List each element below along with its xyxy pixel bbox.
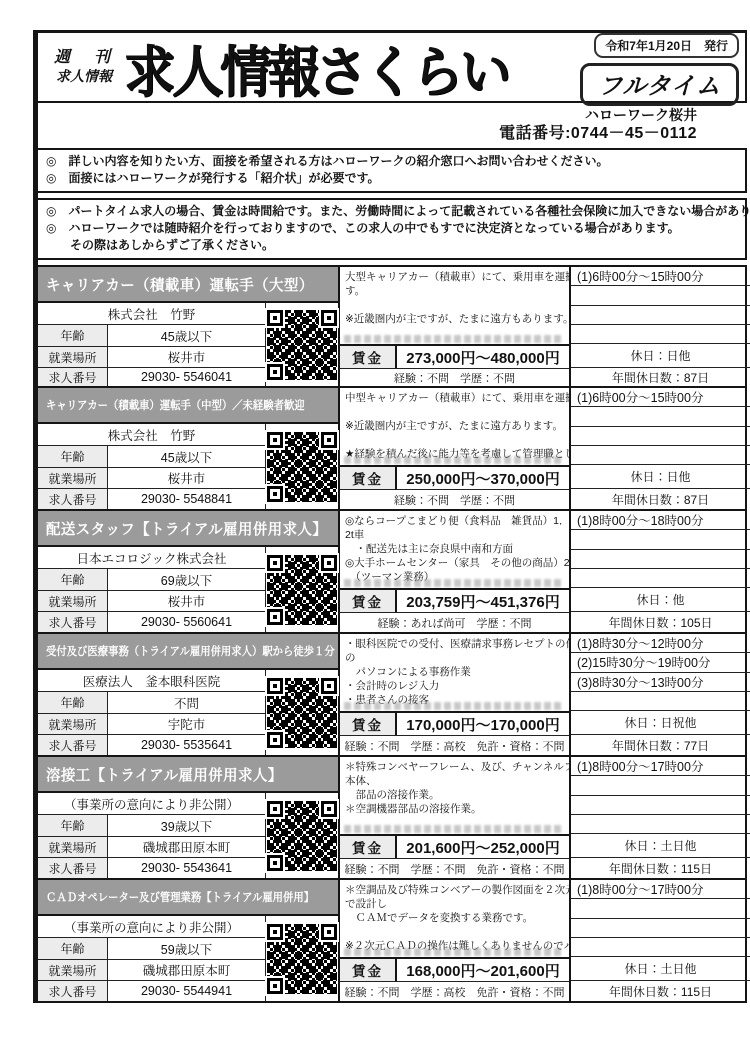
description-line: ＣＡＭでデータを変換する業務です。: [345, 911, 565, 925]
description-line: 中型キャリアカー（積載車）にて、乗用車を運搬する。: [345, 391, 565, 405]
holidays: 休日：日他: [571, 465, 750, 489]
job-summary-table: 配送スタッフ【トライアル雇用併用求人】 日本エコロジック株式会社 年齢 69歳以…: [38, 511, 340, 632]
job-detail-column: ＊空調品及び特殊コンベアーの製作図面を２次元ＣＡＤで設計し ＣＡＭでデータを変換…: [340, 880, 571, 1001]
job-block: 受付及び医療事務（トライアル雇用併用求人）駅から徒歩１分 医療法人 釜本眼科医院…: [38, 634, 747, 757]
wage-label: 賃金: [340, 467, 397, 489]
description-line: ・会計時のレジ入力: [345, 679, 565, 693]
age-value: 39歳以下: [108, 815, 265, 837]
location-label: 就業場所: [38, 714, 108, 735]
holidays: 休日：日他: [571, 344, 750, 368]
schedule-column: (1)8時00分～18時00分休日：他 年間休日数：105日: [571, 511, 750, 632]
qr-finder-icon: [321, 432, 337, 448]
location-value: 桜井市: [108, 347, 265, 368]
annual-holidays: 年間休日数：77日: [571, 735, 750, 755]
description-line: [345, 433, 565, 447]
wage-value: 170,000円～170,000円: [397, 713, 569, 735]
qr-finder-icon: [321, 555, 337, 571]
work-hours-slot: [571, 692, 750, 711]
wage-value: 203,759円～451,376円: [397, 590, 569, 612]
description-line: ※近畿圏内が主ですが、たまに遠方あります。: [345, 419, 565, 433]
job-title: キャリアカー（積載車）運転手（大型）: [46, 274, 314, 295]
qr-finder-icon: [321, 801, 337, 817]
work-hours-slot: (1)6時00分～15時00分: [571, 267, 750, 286]
wage-row: 賃金 201,600円～252,000円: [340, 834, 569, 858]
location-label: 就業場所: [38, 960, 108, 981]
job-title-bar: キャリアカー（積載車）運転手（大型）: [38, 267, 338, 303]
age-label: 年齢: [38, 569, 108, 591]
weekly-logo-line2: 求人情報: [54, 68, 114, 86]
work-hours-slot: [571, 899, 750, 918]
holidays: 休日：土日他: [571, 834, 750, 858]
job-detail-column: 中型キャリアカー（積載車）にて、乗用車を運搬する。※近畿圏内が主ですが、たまに遠…: [340, 388, 571, 509]
job-block: ＣＡＤオペレーター及び管理業務【トライアル雇用併用】 （事業所の意向により非公開…: [38, 880, 747, 1003]
office-name: ハローワーク桜井: [38, 106, 697, 124]
requirements: 経験：不問 学歴：不問: [340, 368, 569, 386]
fulltime-badge: フルタイム: [580, 63, 739, 106]
requirements: 経験：不問 学歴：不問: [340, 489, 569, 509]
office-phone: 電話番号:0744－45－0112: [38, 124, 697, 145]
qr-finder-icon: [321, 924, 337, 940]
job-title: ＣＡＤオペレーター及び管理業務【トライアル雇用併用】: [46, 889, 314, 905]
age-value: 59歳以下: [108, 938, 265, 960]
wage-label: 賃金: [340, 346, 397, 368]
wage-row: 賃金 273,000円～480,000円: [340, 344, 569, 368]
schedule-column: (1)8時30分～12時00分(2)15時30分～19時00分(3)8時30分～…: [571, 634, 750, 755]
job-number-label: 求人番号: [38, 612, 108, 632]
job-description: ◎ならコープこまどり便（食料品 雑貨品）1．5t～2t車 ・配送先は主に奈良県中…: [340, 511, 569, 588]
office-contact: ハローワーク桜井 電話番号:0744－45－0112: [38, 103, 747, 148]
description-line: 大型キャリアカー（積載車）にて、乗用車を運搬しま: [345, 270, 565, 284]
weekly-logo: 週 刊 求人情報: [38, 48, 124, 86]
job-description: 大型キャリアカー（積載車）にて、乗用車を運搬します。※近畿圏内が主ですが、たまに…: [340, 267, 569, 344]
qr-code-icon: [267, 310, 337, 380]
wage-row: 賃金 168,000円～201,600円: [340, 957, 569, 981]
work-hours-slot: (1)8時00分～17時00分: [571, 880, 750, 899]
location-label: 就業場所: [38, 591, 108, 612]
print-bleed-artifact: [344, 456, 561, 464]
work-hours-slot: [571, 325, 750, 344]
notice-line: ◎ 面接にはハローワークが発行する「紹介状」が必要です。: [46, 170, 737, 187]
print-bleed-artifact: [344, 702, 561, 710]
work-hours-slot: [571, 815, 750, 834]
work-hours-slot: [571, 407, 750, 426]
notice-line: ◎ ハローワークでは随時紹介を行っておりますので、この求人の中でもすでに決定済と…: [46, 220, 737, 237]
header-badges: 令和7年1月20日 発行 フルタイム: [580, 33, 745, 106]
holidays: 休日：他: [571, 588, 750, 612]
job-title: 配送スタッフ【トライアル雇用併用求人】: [46, 518, 327, 539]
wage-label: 賃金: [340, 959, 397, 981]
wage-row: 賃金 203,759円～451,376円: [340, 588, 569, 612]
company-name: 株式会社 竹野: [38, 424, 265, 446]
job-summary-table: ＣＡＤオペレーター及び管理業務【トライアル雇用併用】 （事業所の意向により非公開…: [38, 880, 340, 1001]
age-value: 不問: [108, 692, 265, 714]
job-title-bar: 配送スタッフ【トライアル雇用併用求人】: [38, 511, 338, 547]
job-title-bar: キャリアカー（積載車）運転手（中型）／未経験者歓迎: [38, 388, 338, 424]
work-hours-slot: (2)15時30分～19時00分: [571, 653, 750, 672]
qr-finder-icon: [267, 855, 283, 871]
description-line: ＊特殊コンベヤーフレーム、及び、チャンネルフレーム: [345, 760, 565, 774]
issue-date-badge: 令和7年1月20日 発行: [594, 33, 739, 58]
description-line: ＊空調品及び特殊コンベアーの製作図面を２次元ＣＡＤ: [345, 883, 565, 897]
age-label: 年齢: [38, 692, 108, 714]
work-hours-slot: [571, 796, 750, 815]
description-line: ＊空調機器部品の溶接作業。: [345, 802, 565, 816]
qr-code-icon: [267, 555, 337, 625]
job-title-bar: 溶接工【トライアル雇用併用求人】: [38, 757, 338, 793]
age-label: 年齢: [38, 938, 108, 960]
print-bleed-artifact: [344, 335, 561, 343]
description-line: ◎ならコープこまどり便（食料品 雑貨品）1．5t～: [345, 514, 565, 528]
wage-row: 賃金 250,000円～370,000円: [340, 465, 569, 489]
requirements: 経験：不問 学歴：高校 免許・資格：不問: [340, 735, 569, 755]
job-number-label: 求人番号: [38, 735, 108, 755]
company-name: 株式会社 竹野: [38, 303, 265, 325]
work-hours-slot: [571, 938, 750, 957]
job-description: ＊空調品及び特殊コンベアーの製作図面を２次元ＣＡＤで設計し ＣＡＭでデータを変換…: [340, 880, 569, 957]
wage-label: 賃金: [340, 713, 397, 735]
qr-finder-icon: [267, 609, 283, 625]
description-line: [345, 298, 565, 312]
company-name: 医療法人 釜本眼科医院: [38, 670, 265, 692]
qr-finder-icon: [321, 310, 337, 326]
holidays: 休日：日祝他: [571, 711, 750, 735]
schedule-column: (1)6時00分～15時00分休日：日他 年間休日数：87日: [571, 388, 750, 509]
job-block: 溶接工【トライアル雇用併用求人】 （事業所の意向により非公開） 年齢 39歳以下…: [38, 757, 747, 880]
age-label: 年齢: [38, 325, 108, 347]
notice-line: その際はあしからずご了承ください。: [46, 237, 737, 254]
work-hours-slot: (3)8時30分～13時00分: [571, 673, 750, 692]
work-hours-slot: (1)6時00分～15時00分: [571, 388, 750, 407]
requirements: 経験：不問 学歴：不問 免許・資格：不問: [340, 858, 569, 878]
weekly-logo-line1: 週 刊: [54, 48, 114, 68]
company-name: （事業所の意向により非公開）: [38, 916, 265, 938]
location-value: 桜井市: [108, 468, 265, 489]
description-line: の: [345, 651, 565, 665]
qr-finder-icon: [267, 801, 283, 817]
job-title: 溶接工【トライアル雇用併用求人】: [46, 764, 283, 785]
job-detail-column: ◎ならコープこまどり便（食料品 雑貨品）1．5t～2t車 ・配送先は主に奈良県中…: [340, 511, 571, 632]
print-bleed-artifact: [344, 579, 561, 587]
qr-finder-icon: [267, 555, 283, 571]
description-line: ※近畿圏内が主ですが、たまに遠方もあります。: [345, 312, 565, 326]
qr-finder-icon: [267, 486, 283, 502]
job-title: キャリアカー（積載車）運転手（中型）／未経験者歓迎: [46, 397, 305, 413]
requirements: 経験：あれば尚可 学歴：不問: [340, 612, 569, 632]
print-bleed-artifact: [344, 948, 561, 956]
job-title-bar: ＣＡＤオペレーター及び管理業務【トライアル雇用併用】: [38, 880, 338, 916]
description-line: ・眼科医院での受付、医療請求事務レセプトの作成など: [345, 637, 565, 651]
qr-cell: [265, 793, 338, 878]
age-value: 69歳以下: [108, 569, 265, 591]
qr-cell: [265, 916, 338, 1001]
location-label: 就業場所: [38, 347, 108, 368]
job-description: ＊特殊コンベヤーフレーム、及び、チャンネルフレーム本体、 部品の溶接作業。＊空調…: [340, 757, 569, 834]
job-description: 中型キャリアカー（積載車）にて、乗用車を運搬する。※近畿圏内が主ですが、たまに遠…: [340, 388, 569, 465]
job-listings: キャリアカー（積載車）運転手（大型） 株式会社 竹野 年齢 45歳以下 就業場所…: [38, 265, 747, 1003]
job-summary-table: キャリアカー（積載車）運転手（中型）／未経験者歓迎 株式会社 竹野 年齢 45歳…: [38, 388, 340, 509]
annual-holidays: 年間休日数：105日: [571, 612, 750, 632]
location-value: 桜井市: [108, 591, 265, 612]
description-line: [345, 405, 565, 419]
company-name: 日本エコロジック株式会社: [38, 547, 265, 569]
work-hours-slot: [571, 446, 750, 465]
annual-holidays: 年間休日数：87日: [571, 368, 750, 386]
description-line: ・配送先は主に奈良県中南和方面: [345, 542, 565, 556]
qr-code-icon: [267, 924, 337, 994]
description-line: ◎大手ホームセンター（家具 その他の商品）2t車: [345, 556, 565, 570]
work-hours-slot: (1)8時00分～18時00分: [571, 511, 750, 530]
requirements: 経験：不問 学歴：高校 免許・資格：不問: [340, 981, 569, 1001]
qr-finder-icon: [267, 678, 283, 694]
description-line: 2t車: [345, 528, 565, 542]
description-line: 本体、: [345, 774, 565, 788]
work-hours-slot: (1)8時00分～17時00分: [571, 757, 750, 776]
notice-box-2: ◎ パートタイム求人の場合、賃金は時間給です。また、労働時間によって記載されてい…: [38, 198, 747, 260]
job-title: 受付及び医療事務（トライアル雇用併用求人）駅から徒歩１分: [46, 643, 335, 659]
job-detail-column: ＊特殊コンベヤーフレーム、及び、チャンネルフレーム本体、 部品の溶接作業。＊空調…: [340, 757, 571, 878]
location-label: 就業場所: [38, 837, 108, 858]
qr-finder-icon: [267, 364, 283, 380]
wage-value: 250,000円～370,000円: [397, 467, 569, 489]
notice-box-1: ◎ 詳しい内容を知りたい方、面接を希望される方はハローワークの紹介窓口へお問い合…: [38, 148, 747, 193]
qr-code-icon: [267, 678, 337, 748]
job-summary-table: 受付及び医療事務（トライアル雇用併用求人）駅から徒歩１分 医療法人 釜本眼科医院…: [38, 634, 340, 755]
wage-label: 賃金: [340, 590, 397, 612]
work-hours-slot: [571, 286, 750, 305]
work-hours-slot: [571, 306, 750, 325]
qr-finder-icon: [267, 310, 283, 326]
work-hours-slot: [571, 550, 750, 569]
description-line: す。: [345, 284, 565, 298]
job-summary-table: 溶接工【トライアル雇用併用求人】 （事業所の意向により非公開） 年齢 39歳以下…: [38, 757, 340, 878]
age-value: 45歳以下: [108, 325, 265, 347]
description-line: [345, 925, 565, 939]
qr-finder-icon: [321, 678, 337, 694]
location-value: 宇陀市: [108, 714, 265, 735]
job-block: キャリアカー（積載車）運転手（中型）／未経験者歓迎 株式会社 竹野 年齢 45歳…: [38, 388, 747, 511]
work-hours-slot: [571, 569, 750, 588]
qr-cell: [265, 303, 338, 386]
job-block: 配送スタッフ【トライアル雇用併用求人】 日本エコロジック株式会社 年齢 69歳以…: [38, 511, 747, 634]
job-number-value: 29030- 5548841: [108, 489, 265, 509]
work-hours-slot: [571, 427, 750, 446]
age-label: 年齢: [38, 815, 108, 837]
job-number-value: 29030- 5544941: [108, 981, 265, 1001]
wage-value: 201,600円～252,000円: [397, 836, 569, 858]
wage-label: 賃金: [340, 836, 397, 858]
notice-line: ◎ 詳しい内容を知りたい方、面接を希望される方はハローワークの紹介窓口へお問い合…: [46, 153, 737, 170]
job-detail-column: 大型キャリアカー（積載車）にて、乗用車を運搬します。※近畿圏内が主ですが、たまに…: [340, 267, 571, 386]
job-number-label: 求人番号: [38, 368, 108, 386]
location-value: 磯城郡田原本町: [108, 960, 265, 981]
job-number-label: 求人番号: [38, 858, 108, 878]
description-line: で設計し: [345, 897, 565, 911]
job-title-bar: 受付及び医療事務（トライアル雇用併用求人）駅から徒歩１分: [38, 634, 338, 670]
job-number-value: 29030- 5546041: [108, 368, 265, 386]
wage-value: 168,000円～201,600円: [397, 959, 569, 981]
qr-code-icon: [267, 801, 337, 871]
work-hours-slot: [571, 919, 750, 938]
job-number-label: 求人番号: [38, 981, 108, 1001]
job-detail-column: ・眼科医院での受付、医療請求事務レセプトの作成などの パソコンによる事務作業・会…: [340, 634, 571, 755]
work-hours-slot: [571, 530, 750, 549]
schedule-column: (1)8時00分～17時00分休日：土日他 年間休日数：115日: [571, 880, 750, 1001]
job-number-value: 29030- 5543641: [108, 858, 265, 878]
job-description: ・眼科医院での受付、医療請求事務レセプトの作成などの パソコンによる事務作業・会…: [340, 634, 569, 711]
wage-row: 賃金 170,000円～170,000円: [340, 711, 569, 735]
flyer-page: 週 刊 求人情報 求人情報さくらい 令和7年1月20日 発行 フルタイム ハロー…: [33, 30, 747, 1003]
holidays: 休日：土日他: [571, 957, 750, 981]
job-number-label: 求人番号: [38, 489, 108, 509]
annual-holidays: 年間休日数：115日: [571, 981, 750, 1001]
company-name: （事業所の意向により非公開）: [38, 793, 265, 815]
job-block: キャリアカー（積載車）運転手（大型） 株式会社 竹野 年齢 45歳以下 就業場所…: [38, 265, 747, 388]
masthead: 週 刊 求人情報 求人情報さくらい 令和7年1月20日 発行 フルタイム: [38, 30, 747, 103]
description-line: 部品の溶接作業。: [345, 788, 565, 802]
wage-value: 273,000円～480,000円: [397, 346, 569, 368]
qr-finder-icon: [267, 732, 283, 748]
qr-cell: [265, 547, 338, 632]
qr-finder-icon: [267, 432, 283, 448]
schedule-column: (1)6時00分～15時00分休日：日他 年間休日数：87日: [571, 267, 750, 386]
qr-cell: [265, 670, 338, 755]
job-number-value: 29030- 5560641: [108, 612, 265, 632]
age-value: 45歳以下: [108, 446, 265, 468]
job-number-value: 29030- 5535641: [108, 735, 265, 755]
page-title: 求人情報さくらい: [124, 27, 580, 107]
annual-holidays: 年間休日数：87日: [571, 489, 750, 509]
qr-finder-icon: [267, 924, 283, 940]
schedule-column: (1)8時00分～17時00分休日：土日他 年間休日数：115日: [571, 757, 750, 878]
print-bleed-artifact: [344, 825, 561, 833]
annual-holidays: 年間休日数：115日: [571, 858, 750, 878]
age-label: 年齢: [38, 446, 108, 468]
job-summary-table: キャリアカー（積載車）運転手（大型） 株式会社 竹野 年齢 45歳以下 就業場所…: [38, 267, 340, 386]
location-label: 就業場所: [38, 468, 108, 489]
work-hours-slot: (1)8時30分～12時00分: [571, 634, 750, 653]
qr-cell: [265, 424, 338, 509]
notice-line: ◎ パートタイム求人の場合、賃金は時間給です。また、労働時間によって記載されてい…: [46, 203, 737, 220]
qr-code-icon: [267, 432, 337, 502]
location-value: 磯城郡田原本町: [108, 837, 265, 858]
description-line: パソコンによる事務作業: [345, 665, 565, 679]
work-hours-slot: [571, 776, 750, 795]
qr-finder-icon: [267, 978, 283, 994]
